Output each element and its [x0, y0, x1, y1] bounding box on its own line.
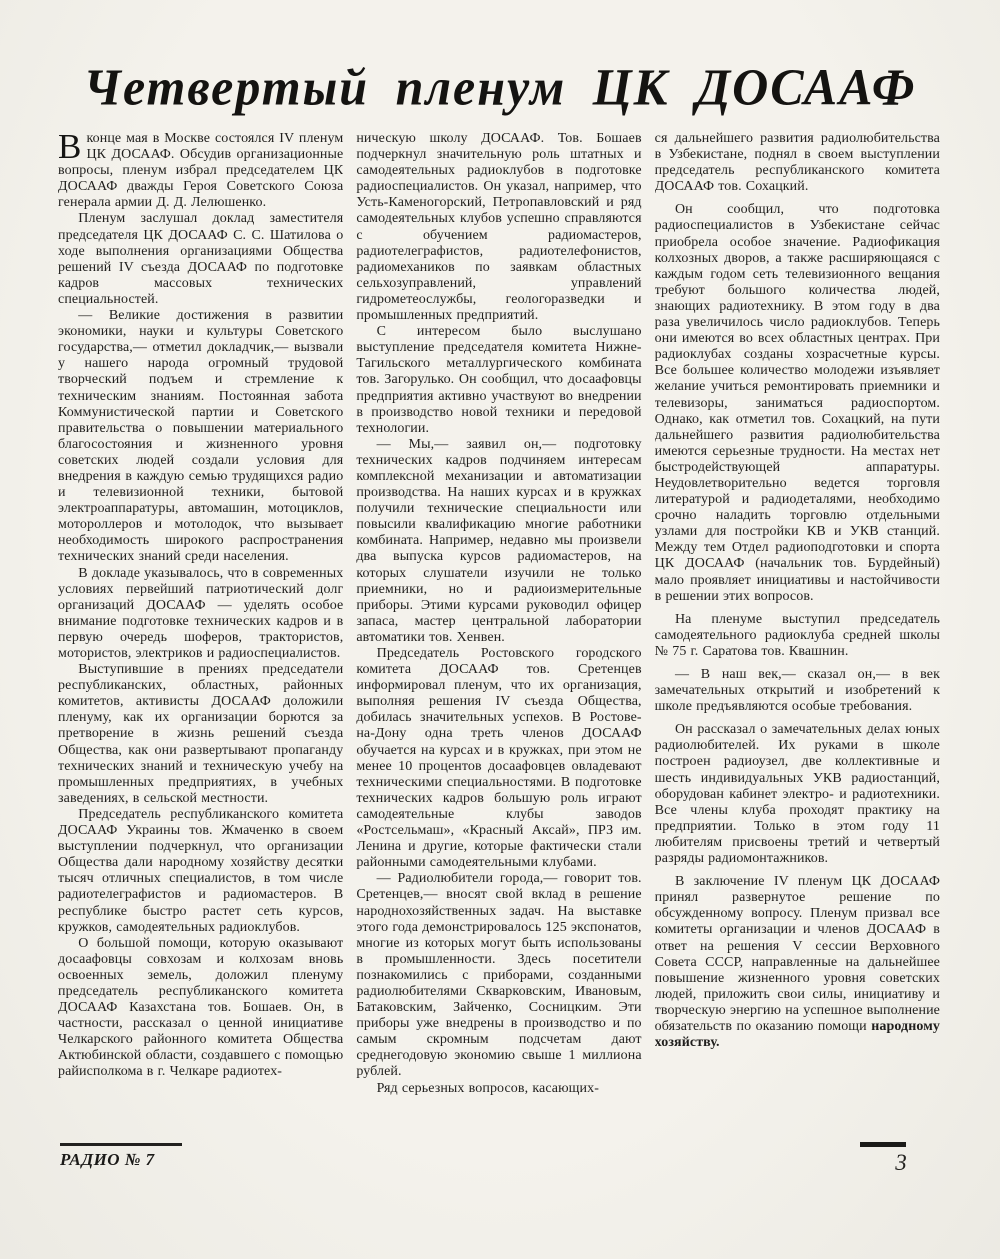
- article-paragraph: Ряд серьезных вопросов, касающих-: [356, 1081, 641, 1097]
- article-paragraph: Пленум заслушал доклад заместителя предс…: [58, 211, 343, 308]
- footer-journal-block: РАДИО № 7: [60, 1143, 182, 1170]
- bold-text: народному хозяйству.: [655, 1019, 940, 1050]
- drop-cap-letter: В: [58, 131, 86, 161]
- page-number: 3: [886, 1150, 916, 1176]
- article-paragraph: — Великие достижения в развитии экономик…: [58, 308, 343, 566]
- article-paragraph: Вконце мая в Москве состоялся IV пленум …: [58, 131, 343, 211]
- article-paragraph: ническую школу ДОСААФ. Тов. Бошаев подче…: [356, 131, 641, 324]
- article-columns: Вконце мая в Москве состоялся IV пленум …: [58, 131, 940, 1135]
- article-paragraph: Выступившие в прениях председатели респу…: [58, 662, 343, 807]
- article-title: Четвертый пленум ЦК ДОСААФ: [60, 57, 940, 117]
- footer-rule: [60, 1143, 182, 1146]
- page-number-rule: [860, 1142, 906, 1147]
- article-paragraph: ся дальнейшего развития радиолюбительств…: [655, 131, 940, 195]
- article-paragraph: Председатель Ростовского городского коми…: [356, 646, 641, 871]
- article-paragraph: В заключение IV пленум ЦК ДОСААФ принял …: [655, 874, 940, 1051]
- article-paragraph: В докладе указывалось, что в современных…: [58, 566, 343, 663]
- article-paragraph: — Мы,— заявил он,— подготовку технически…: [356, 437, 641, 646]
- article-paragraph: — Радиолюбители города,— говорит тов. Ср…: [356, 871, 641, 1080]
- article-paragraph: Он сообщил, что подготовка радиоспециали…: [655, 202, 940, 604]
- article-column-3: ся дальнейшего развития радиолюбительств…: [655, 131, 940, 1135]
- article-paragraph: С интересом было выслушано выступление п…: [356, 324, 641, 437]
- article-paragraph: О большой помощи, которую оказывают доса…: [58, 936, 343, 1081]
- article-column-1: Вконце мая в Москве состоялся IV пленум …: [58, 131, 343, 1135]
- magazine-page: Четвертый пленум ЦК ДОСААФ Вконце мая в …: [0, 0, 1000, 1259]
- article-paragraph: Он рассказал о замечательных делах юных …: [655, 722, 940, 867]
- article-paragraph: Председатель республиканского комитета Д…: [58, 807, 343, 936]
- journal-name: РАДИО № 7: [60, 1150, 182, 1170]
- article-paragraph: На пленуме выступил председатель самодея…: [655, 612, 940, 660]
- article-paragraph: — В наш век,— сказал он,— в век замечате…: [655, 667, 940, 715]
- article-column-2: ническую школу ДОСААФ. Тов. Бошаев подче…: [356, 131, 641, 1135]
